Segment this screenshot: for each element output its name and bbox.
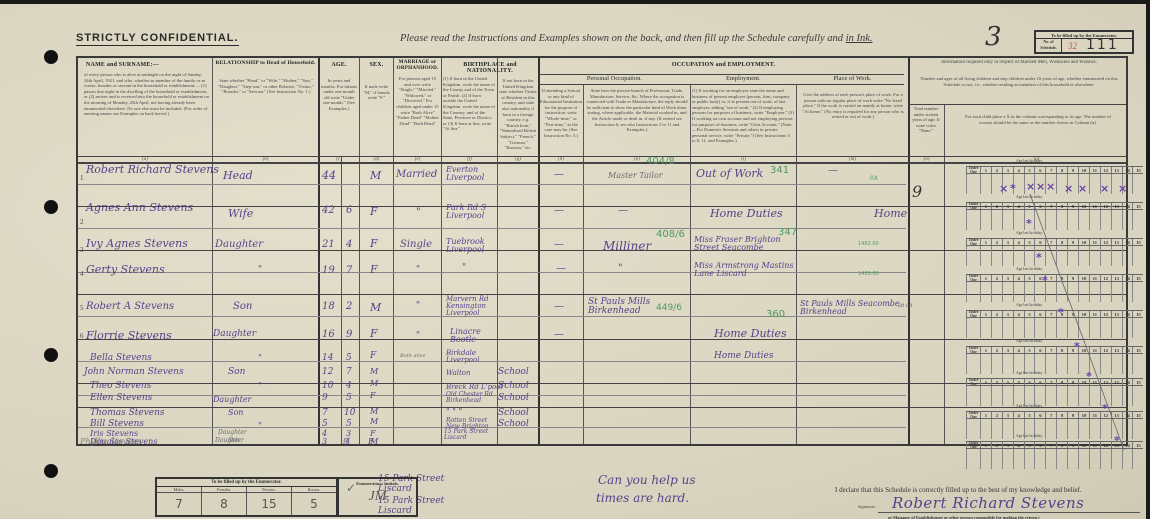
name-cell: Florrie Stevens: [86, 330, 172, 341]
summary-label: Males.: [157, 487, 201, 492]
sex-cell: F: [370, 392, 376, 400]
schedule-box-label: No. of Schedule.: [1036, 39, 1062, 52]
relationship-cell: Daughter: [215, 438, 244, 444]
birthplace-cell: Linacre Bootle: [450, 328, 490, 344]
col-letter: (f): [442, 157, 497, 162]
birthplace-cell: Marvern Rd Kensington Liverpool: [446, 296, 496, 317]
marriage-cell: ": [416, 266, 420, 275]
col-text-employment: (1) If working for an employer state the…: [692, 88, 794, 154]
school-cell: —: [554, 240, 564, 250]
marriage-cell: ": [416, 332, 420, 341]
school-cell: School: [498, 420, 529, 429]
relationship-cell: Daughter: [213, 330, 256, 339]
age-years-cell: 21: [322, 240, 335, 250]
males-count: 7: [157, 493, 201, 515]
birthplace-cell: Walton: [446, 370, 471, 377]
name-cell: Robert A Stevens: [86, 302, 174, 312]
birthplace-cell: Breck Rd L'pool: [446, 384, 503, 391]
employment-code: 360: [766, 310, 785, 320]
sex-cell: M: [370, 368, 378, 376]
females-count: 8: [201, 493, 246, 515]
signature-label: Signature: [858, 504, 875, 509]
summary-label: Females.: [201, 487, 246, 492]
col-letter: (b): [213, 157, 318, 162]
col-text-nationality: If not born in the United Kingdom state …: [499, 78, 537, 154]
col-title-marriage: MARRIAGE or ORPHANHOOD.: [394, 59, 441, 71]
sex-cell: F: [368, 438, 374, 446]
schedule-stamp: 32: [1068, 41, 1077, 51]
age-years-cell: 12: [322, 368, 333, 377]
handwritten-note: times are hard.: [596, 492, 689, 504]
school-cell: —: [556, 264, 566, 274]
row-number: 2: [80, 218, 84, 226]
occupation-cell: Master Tailor: [608, 172, 663, 180]
row-number: 3: [80, 246, 84, 254]
marriage-cell: Both alive: [400, 354, 425, 359]
age-months-cell: 5: [346, 394, 352, 403]
age-years-cell: 7: [322, 409, 328, 418]
col-title-age: AGE.: [319, 62, 359, 68]
birthplace-cell: Park Rd S Liverpool: [446, 204, 496, 220]
relationship-cell: ": [258, 382, 262, 390]
name-cell: Robert Richard Stevens: [86, 164, 219, 175]
punch-hole: [44, 464, 58, 478]
occupation-cell: ": [618, 264, 623, 274]
col-letter: (l): [691, 157, 796, 162]
sex-cell: F: [370, 238, 378, 249]
place-cell: St Pauls Mills Seacombe Birkenhead: [800, 300, 900, 316]
name-cell: Bill Stevens: [90, 420, 144, 429]
age-months-cell: 9: [346, 330, 352, 340]
handwritten-note: Can you help us: [598, 474, 695, 486]
check-mark: ✓: [346, 482, 356, 494]
place-code: 0X: [870, 176, 878, 182]
sex-cell: F: [370, 264, 378, 275]
col-text-children: Number and ages of all living children a…: [912, 76, 1126, 102]
col-title-birthplace: BIRTHPLACE and NATIONALITY.: [442, 62, 538, 74]
birthplace-cell: Birkdale Liverpool: [446, 350, 496, 364]
occupation-code: 408/6: [656, 230, 685, 240]
signature: Robert Richard Stevens: [892, 494, 1084, 512]
row-number: 1: [80, 174, 84, 182]
age-years-cell: 19: [322, 266, 335, 276]
name-cell: Ivy Agnes Stevens: [86, 238, 188, 249]
page-number: 3: [985, 22, 1002, 52]
occupation-cell: —: [618, 206, 628, 216]
col-title-place-of-work: Place of Work.: [797, 76, 908, 82]
col-text-place-of-work: Give the address of each person's place …: [800, 92, 906, 154]
col-letter: (c): [319, 157, 359, 162]
relationship-cell: Daughter: [215, 240, 263, 250]
relationship-cell: Daughter: [213, 396, 251, 404]
col-title-employment: Employment.: [691, 76, 796, 82]
census-schedule-page: STRICTLY CONFIDENTIAL. Please read the I…: [0, 4, 1146, 519]
employment-cell: Miss Fraser Brighton Street Seacombe: [694, 236, 794, 252]
schedule-number-box: To be filled up by the Enumerator. No. o…: [1034, 30, 1134, 54]
col-title-name: NAME and SURNAME:—: [78, 62, 212, 68]
child-age-mark: *: [1010, 182, 1016, 195]
page-title: STRICTLY CONFIDENTIAL.: [76, 32, 239, 46]
relationship-cell: ": [258, 422, 262, 430]
occupation-code: 404/8: [646, 157, 675, 167]
summary-heading: To be filled up by the Enumerator.: [157, 479, 336, 487]
name-cell: Bella Stevens: [90, 354, 152, 363]
child-age-mark: ×: [1036, 180, 1045, 193]
age-years-cell: 3: [322, 438, 327, 446]
col-text-age: In years and months. For infants under o…: [321, 78, 357, 154]
age-months-cell: 10: [344, 409, 355, 418]
relationship-cell: ": [258, 354, 262, 362]
name-cell: Thomas Stevens: [90, 409, 165, 418]
col-letter: (n): [909, 157, 944, 162]
col-title-occupation: OCCUPATION and EMPLOYMENT.: [539, 62, 908, 68]
relationship-cell: Son: [228, 368, 245, 377]
col-text-name: of every person who is alive at midnight…: [84, 72, 210, 154]
relationship-cell: Daughter: [218, 430, 247, 436]
punch-hole: [44, 348, 58, 362]
col-text-sex: If male write "M," if female write "F.": [362, 84, 391, 154]
col-title-children: Information required only in respect of …: [913, 60, 1125, 66]
marriage-cell: Married: [396, 170, 437, 180]
relationship-cell: Head: [223, 170, 253, 181]
in-ink-text: in Ink.: [846, 33, 873, 44]
place-code: 1420.00: [858, 272, 879, 277]
col-letter: (d): [360, 157, 393, 162]
employment-code: 347: [778, 228, 797, 238]
child-age-mark: ×: [1026, 180, 1035, 193]
col-title-sex: SEX.: [360, 62, 393, 68]
occupation-cell: Milliner: [603, 240, 651, 252]
sex-cell: F: [370, 328, 378, 339]
age-months-cell: 5: [346, 420, 352, 429]
marriage-cell: ": [416, 302, 420, 311]
col-letter: (g): [498, 157, 538, 162]
place-code: 20 08: [898, 304, 912, 309]
sex-cell: M: [370, 170, 381, 181]
sex-cell: M: [370, 408, 378, 416]
row-number: 6: [80, 332, 84, 340]
punch-hole: [44, 50, 58, 64]
col-letter: (m): [797, 157, 908, 162]
persons-count: 15: [246, 493, 291, 515]
employment-cell: Out of Work: [696, 168, 763, 179]
child-age-mark: ×: [999, 182, 1008, 195]
punch-hole: [44, 200, 58, 214]
rooms-count: 5: [291, 493, 336, 515]
pencil-line: [1028, 194, 1128, 454]
birthplace-cell: Old Chester Rd Birkenhead: [446, 392, 498, 404]
place-cell: Home: [874, 208, 907, 219]
age-years-cell: 9: [322, 394, 328, 403]
age-years-cell: 44: [322, 170, 336, 181]
age-months-cell: 7: [346, 266, 352, 276]
summary-label: Persons.: [246, 487, 291, 492]
age-years-cell: 16: [322, 330, 335, 340]
marriage-cell: Single: [400, 240, 432, 250]
age-years-cell: 10: [322, 382, 333, 391]
row-number: 4: [80, 270, 84, 278]
col-text-marriage: For persons aged 15 and over write "Sing…: [396, 76, 439, 154]
sex-cell: M: [370, 418, 378, 426]
signature-subtext: or Manager of Establishment or other per…: [888, 515, 1040, 519]
birthplace-cell: Everton Liverpool: [446, 166, 496, 182]
birthplace-cell: " " ": [446, 408, 462, 416]
employment-cell: Home Duties: [714, 328, 787, 339]
relationship-cell: Wife: [228, 208, 253, 219]
col-letter: (h): [539, 157, 583, 162]
school-cell: School: [498, 409, 529, 418]
school-cell: —: [554, 302, 564, 312]
birthplace-cell: ": [462, 264, 466, 273]
employment-cell: Miss Armstrong Mastins Lane Liscard: [694, 262, 794, 278]
instructions-line: Please read the Instructions and Example…: [400, 33, 873, 44]
birthplace-cell: Tuebrook Liverpool: [446, 238, 496, 254]
school-cell: School: [498, 368, 529, 377]
age-months-cell: 9: [343, 438, 348, 446]
age-months-cell: 4: [346, 240, 352, 250]
relationship-cell: Son: [233, 302, 252, 312]
declaration-text: I declare that this Schedule is correctl…: [835, 486, 1082, 494]
name-cell: Gerty Stevens: [86, 264, 165, 275]
occupation-code: 449/6: [656, 304, 682, 313]
marriage-cell: ": [416, 208, 421, 218]
age-months-cell: 2: [346, 302, 352, 312]
employment-code: 341: [770, 166, 789, 176]
col-letter: (e): [394, 157, 441, 162]
age-months-cell: 7: [346, 368, 352, 377]
col-text-personal-occupation: State here the precise branch of Profess…: [586, 88, 688, 154]
age-years-cell: 14: [322, 354, 333, 363]
relationship-cell: Son: [228, 409, 243, 417]
col-title-relationship: RELATIONSHIP to Head of Household.: [213, 60, 318, 66]
birthplace-cell: 15 Park Street Liscard: [444, 429, 496, 441]
place-code: 1462.00: [858, 242, 879, 247]
age-months-cell: 5: [346, 354, 352, 363]
school-cell: —: [554, 206, 564, 216]
children-total-value: 9: [912, 184, 922, 200]
col-title-personal-occupation: Personal Occupation.: [539, 76, 690, 82]
school-cell: —: [554, 330, 564, 340]
col-letter: (a): [78, 157, 212, 162]
instructions-text: Please read the Instructions and Example…: [400, 33, 843, 44]
row-number: 5: [80, 304, 84, 312]
summary-label: Rooms.: [291, 487, 336, 492]
employment-cell: Home Duties: [710, 208, 783, 219]
child-age-mark: ×: [1046, 180, 1055, 193]
enumerator-summary-box: To be filled up by the Enumerator. Males…: [155, 477, 338, 517]
name-cell: Ellen Stevens: [90, 394, 152, 403]
col-text-relationship: State whether "Head," or "Wife," "Mother…: [218, 78, 314, 154]
name-cell: Theo Stevens: [90, 382, 151, 391]
name-cell: Agnes Ann Stevens: [86, 202, 193, 213]
relationship-cell: ": [258, 266, 262, 275]
employment-cell: Home Duties: [714, 352, 773, 361]
name-cell: John Norman Stevens: [84, 368, 184, 377]
place-cell: —: [828, 166, 838, 176]
schedule-number: 111: [1086, 37, 1119, 53]
signature-line: [878, 512, 1140, 513]
col-text-birthplace-uk: (1) If born in the United Kingdom, write…: [443, 76, 495, 154]
school-cell: School: [498, 394, 529, 403]
sex-cell: M: [370, 302, 381, 313]
col-text-children-total: Total number under sixteen years of age.…: [909, 106, 943, 154]
sex-cell: F: [370, 206, 378, 217]
school-cell: School: [498, 382, 529, 391]
col-text-school: If attending a School or any kind of Edu…: [540, 88, 582, 154]
sex-cell: F: [370, 352, 376, 361]
school-cell: —: [554, 170, 564, 180]
sex-cell: M: [370, 380, 378, 388]
age-years-cell: 18: [322, 302, 335, 312]
name-cell: Phyllis Stevens: [80, 438, 141, 446]
col-text-children-marks: For each child place a X in the column c…: [958, 114, 1118, 154]
age-months-cell: 6: [346, 206, 352, 216]
age-years-cell: 5: [322, 420, 328, 429]
age-months-cell: 4: [346, 382, 352, 391]
age-years-cell: 42: [322, 206, 335, 216]
